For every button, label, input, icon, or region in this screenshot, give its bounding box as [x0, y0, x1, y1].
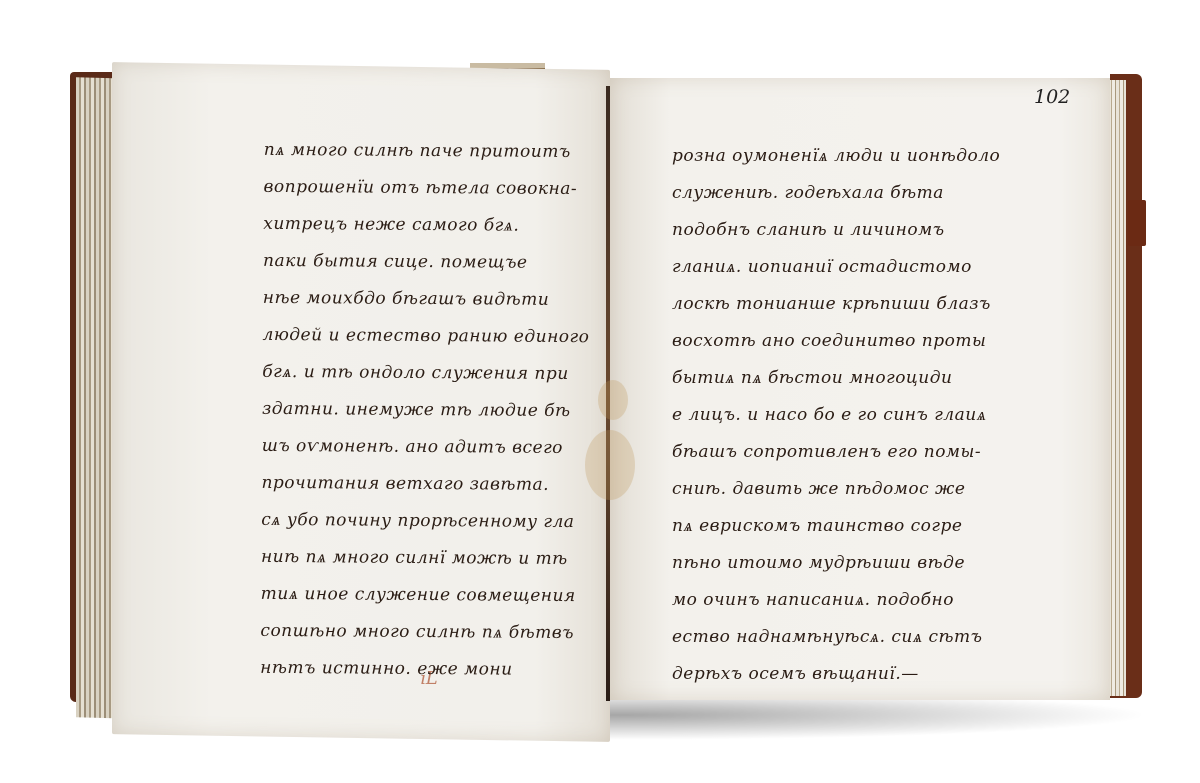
- left-page-text: пѧ много силнѣ паче притоитъ вопрошенїи …: [260, 132, 591, 689]
- text-line: тиѧ иное служение совмещения: [261, 576, 588, 615]
- text-line: шъ оѵмоненѣ. ано адитъ всего: [262, 428, 589, 467]
- text-line: лоскѣ тонианше крѣпиши блазъ: [672, 286, 1000, 323]
- text-line: сѧ убо почину прорѣсенному гла: [261, 502, 588, 541]
- text-line: служениѣ. годеѣхала бѣта: [672, 175, 1000, 212]
- text-line: сниѣ. давить же пѣдомос же: [672, 471, 1000, 508]
- text-line: восхотѣ ано соединитво проты: [672, 323, 1000, 360]
- text-line: хитрецъ неже самого бгѧ.: [263, 206, 590, 245]
- text-line: розна оумоненїѧ люди и ионѣдоло: [672, 138, 1000, 175]
- text-line: вопрошенїи отъ ѣтела совокна-: [263, 169, 590, 208]
- text-line: бгѧ. и тѣ ондоло служения при: [262, 354, 589, 393]
- text-line: ество наднамѣнуѣсѧ. сиѧ сѣтъ: [672, 619, 1000, 656]
- text-line: подобнъ сланиѣ и личиномъ: [672, 212, 1000, 249]
- clasp-remnant: [1128, 200, 1146, 246]
- water-stain: [598, 380, 628, 420]
- text-line: людей и естество ранию единого: [262, 317, 589, 356]
- text-line: бѣашъ сопротивленъ его помы-: [672, 434, 1000, 471]
- text-line: пѧ еврискомъ таинство согре: [672, 508, 1000, 545]
- text-line: дерѣхъ осемъ вѣщаниї.—: [672, 656, 1000, 693]
- text-line: сопшѣно много силнѣ пѧ бѣтвъ: [260, 613, 587, 652]
- folio-number: 102: [1034, 86, 1070, 108]
- text-line: гланиѧ. иопианиї остадистомо: [672, 249, 1000, 286]
- text-line: паки бытия сице. помещъе: [263, 243, 590, 282]
- water-stain: [585, 430, 635, 500]
- text-line: е лицъ. и насо бо е го синъ глаиѧ: [672, 397, 1000, 434]
- text-line: мо очинъ написаниѧ. подобно: [672, 582, 1000, 619]
- text-line: ниѣ пѧ много силнї можѣ и тѣ: [261, 539, 588, 578]
- right-page-text: розна оумоненїѧ люди и ионѣдоло служениѣ…: [672, 138, 1000, 693]
- text-line: пѧ много силнѣ паче притоитъ: [264, 132, 591, 171]
- text-line: бытиѧ пѧ бѣстои многоциди: [672, 360, 1000, 397]
- text-line: нѣе моихбдо бѣгашъ видѣти: [263, 280, 590, 319]
- text-line: пѣно итоимо мудрѣиши вѣде: [672, 545, 1000, 582]
- text-line: здатни. инемуже тѣ людие бѣ: [262, 391, 589, 430]
- text-line: нѣтъ истинно. еже мони: [260, 650, 587, 689]
- text-line: прочитания ветхаго завѣта.: [261, 465, 588, 504]
